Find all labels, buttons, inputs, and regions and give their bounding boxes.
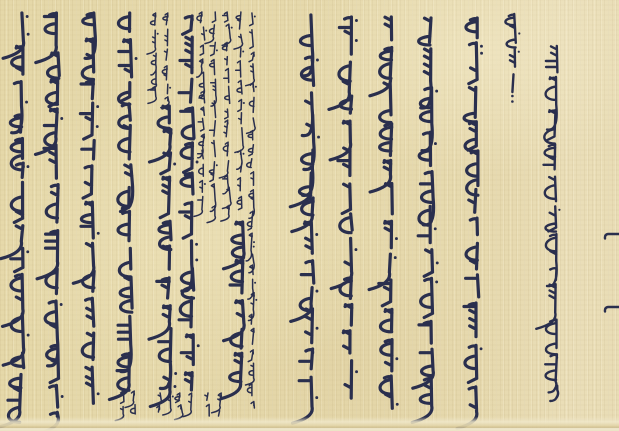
text-column [505, 14, 520, 103]
text-column [73, 13, 99, 403]
paper-bottom-crease [0, 417, 619, 431]
text-column [0, 13, 30, 427]
text-column [125, 391, 135, 414]
text-column [221, 222, 244, 399]
manuscript-photo [0, 0, 619, 431]
text-column [412, 18, 439, 423]
text-column [36, 13, 64, 431]
text-column [536, 46, 560, 401]
text-column [147, 13, 159, 103]
text-column [369, 17, 399, 408]
text-column [149, 106, 177, 407]
text-column [179, 16, 200, 390]
text-column [183, 393, 192, 417]
text-column [109, 13, 137, 400]
text-column [457, 18, 483, 429]
text-column [329, 17, 358, 398]
manuscript-text-layer [0, 0, 619, 431]
text-column [194, 12, 207, 216]
text-column [161, 13, 171, 108]
text-column [212, 393, 222, 416]
text-column [175, 393, 183, 420]
clipped-edge-glyph [605, 234, 619, 239]
text-column [205, 393, 209, 416]
text-column [205, 12, 218, 223]
text-column [290, 15, 320, 423]
text-column [219, 12, 232, 221]
text-column [246, 13, 258, 408]
clipped-edge-glyph [605, 307, 619, 312]
text-column [234, 12, 245, 210]
